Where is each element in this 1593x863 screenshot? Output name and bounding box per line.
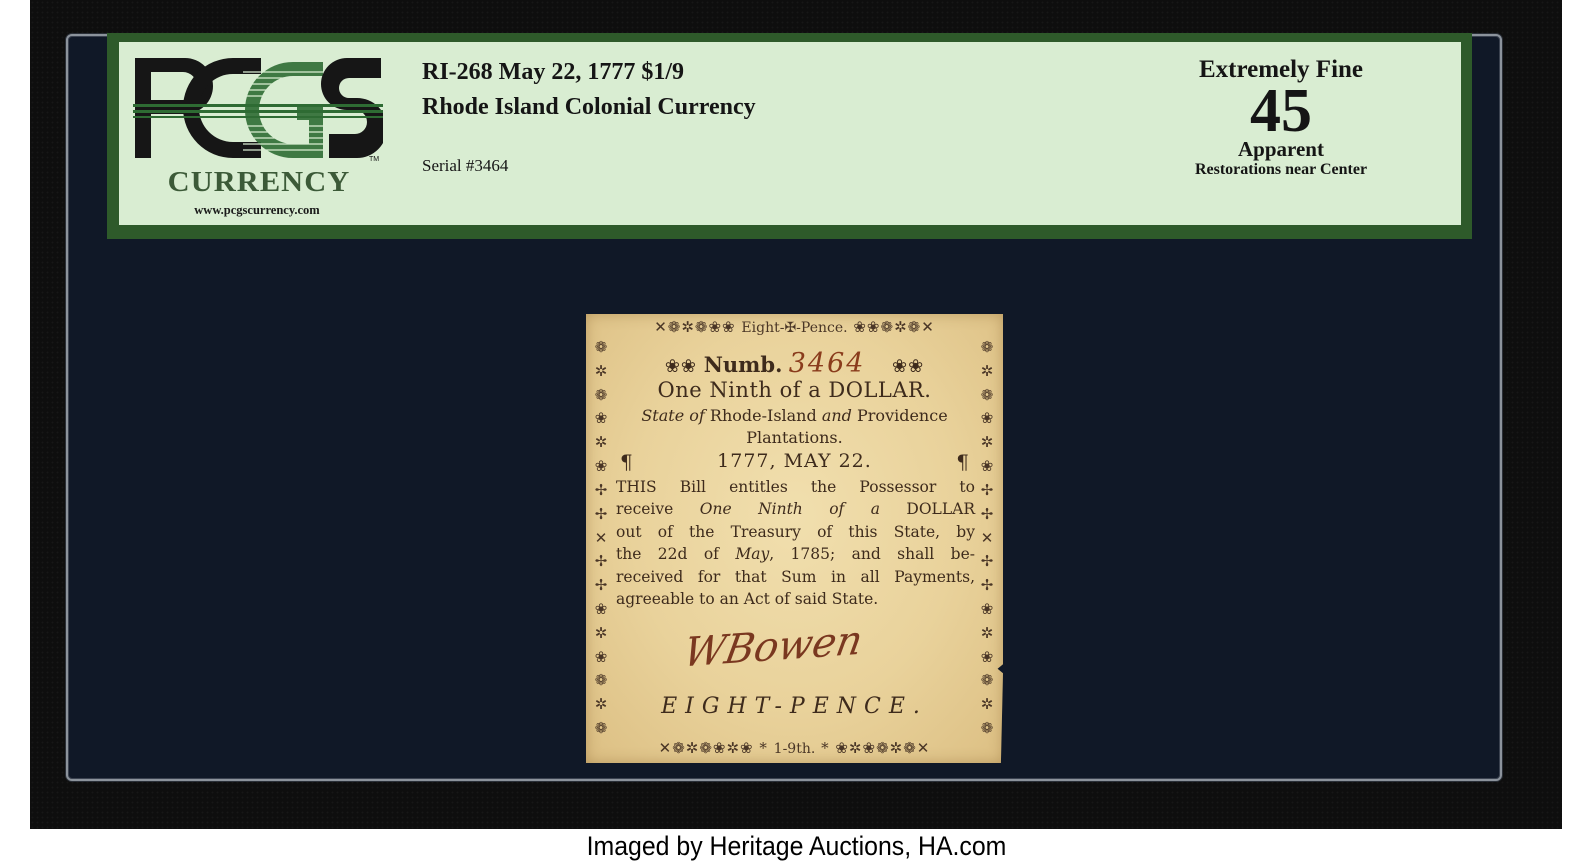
body-text: THIS Bill entitles the Possessor to bbox=[616, 478, 975, 496]
state-line-italic: State of bbox=[641, 406, 704, 425]
note-body-text: THIS Bill entitles the Possessor to rece… bbox=[616, 476, 975, 610]
body-line: out of the Treasury of this State, by bbox=[616, 521, 975, 543]
colonial-banknote: ✕❁✲❁❀❀ Eight-✠-Pence. ❀❀❁✲❁✕ ❁✲ ❁❀ ✲❀ ✢✢… bbox=[586, 314, 1003, 763]
bottom-denomination: EIGHT-PENCE. bbox=[586, 694, 1003, 719]
logo-wordmark: CURRENCY bbox=[129, 166, 389, 199]
body-line: agreeable to an Act of said State. bbox=[616, 588, 975, 610]
bottom-border-text: 1-9th. bbox=[774, 741, 816, 757]
slab-label-panel: TM CURRENCY www.pcgscurrency.com RI-268 … bbox=[119, 42, 1461, 225]
ornament-icon: ✢ bbox=[595, 505, 608, 523]
ornament-icon: ✲ bbox=[981, 433, 994, 451]
pilcrow-right: ¶ bbox=[956, 450, 969, 474]
ornament-icon: ✢ bbox=[981, 576, 994, 594]
trademark-mark: TM bbox=[369, 156, 379, 163]
ornament-icon: ✕ bbox=[981, 529, 994, 547]
ornament-icon: ✕❁✲❁❀✲❀ * bbox=[659, 739, 768, 757]
body-line: receive One Ninth of a DOLLAR bbox=[616, 498, 975, 520]
ornament-icon: ✕ bbox=[595, 529, 608, 547]
ornament-icon: ✲ bbox=[981, 624, 994, 642]
note-top-border: ✕❁✲❁❀❀ Eight-✠-Pence. ❀❀❁✲❁✕ bbox=[592, 318, 997, 338]
ornament-icon: ❁ bbox=[595, 386, 608, 404]
body-italic: One Ninth of a bbox=[700, 500, 880, 518]
grade-comment: Restorations near Center bbox=[1161, 160, 1401, 180]
issue-title: Rhode Island Colonial Currency bbox=[422, 94, 756, 121]
body-line: the 22d of May, 1785; and shall be- bbox=[616, 543, 975, 565]
plantations-line: Plantations. bbox=[614, 428, 975, 447]
ornament-icon: ❀ bbox=[595, 409, 608, 427]
rosette-icon: ❀❀ bbox=[872, 356, 924, 377]
body-text: receive bbox=[616, 500, 700, 518]
denomination-line: One Ninth of a DOLLAR. bbox=[614, 378, 975, 402]
ornament-icon: ✢ bbox=[595, 481, 608, 499]
handwritten-serial: 3464 bbox=[789, 348, 866, 379]
body-text: agreeable to an Act of said State. bbox=[616, 590, 878, 608]
body-line: received for that Sum in all Payments, bbox=[616, 566, 975, 588]
ornament-icon: ❁ bbox=[981, 671, 994, 689]
ornament-icon: ✢ bbox=[981, 505, 994, 523]
ornament-icon: ✢ bbox=[981, 552, 994, 570]
ornament-icon: ❀ bbox=[595, 648, 608, 666]
ornament-icon: ❀ bbox=[981, 457, 994, 475]
state-line-name: Rhode-Island bbox=[710, 406, 817, 425]
top-border-text: Eight-✠-Pence. bbox=[741, 320, 847, 336]
ornament-icon: ❀ bbox=[981, 600, 994, 618]
body-text: received for that Sum in all Payments, bbox=[616, 568, 975, 586]
ornament-icon: ✢ bbox=[981, 481, 994, 499]
note-number-line: ❀❀ Numb. 3464 ❀❀ bbox=[586, 348, 1003, 379]
ornament-icon: ✲ bbox=[595, 624, 608, 642]
body-text: out of the Treasury of this State, by bbox=[616, 523, 975, 541]
state-line-name: Providence bbox=[857, 406, 948, 425]
body-text: DOLLAR bbox=[880, 500, 975, 518]
image-credit: Imaged by Heritage Auctions, HA.com bbox=[64, 829, 1530, 863]
date-line: 1777, MAY 22. bbox=[614, 450, 975, 472]
serial-number: Serial #3464 bbox=[422, 156, 508, 176]
grade-number: 45 bbox=[1161, 86, 1401, 136]
ornament-icon: ❁ bbox=[981, 719, 994, 737]
ornament-icon: ✢ bbox=[595, 576, 608, 594]
note-bottom-border: ✕❁✲❁❀✲❀ * 1-9th. * ❀✲❀❁✲❁✕ bbox=[592, 739, 997, 759]
pcgs-logo-icon bbox=[133, 52, 383, 162]
catalog-title: RI-268 May 22, 1777 $1/9 bbox=[422, 59, 684, 86]
ornament-icon: ❀ bbox=[981, 648, 994, 666]
note-right-border: ❁✲ ❁❀ ✲❀ ✢✢ ✕✢ ✢❀ ✲❀ ❁✲ ❁ bbox=[977, 338, 997, 737]
body-line: THIS Bill entitles the Possessor to bbox=[616, 476, 975, 498]
rosette-icon: ❀❀ bbox=[665, 356, 704, 377]
ornament-icon: ❀ bbox=[595, 457, 608, 475]
grade-box: Extremely Fine 45 Apparent Restorations … bbox=[1161, 56, 1401, 180]
ornament-icon: ❀ bbox=[981, 409, 994, 427]
signature: WBowen bbox=[680, 617, 866, 676]
body-italic: May bbox=[735, 545, 769, 563]
ornament-icon: ✢ bbox=[595, 552, 608, 570]
ornament-icon: ❁ bbox=[595, 671, 608, 689]
state-line: State of Rhode-Island and Providence bbox=[614, 406, 975, 425]
ornament-icon: ❁ bbox=[981, 386, 994, 404]
numb-label: Numb. bbox=[704, 352, 783, 377]
ornament-icon: ❀ bbox=[595, 600, 608, 618]
note-left-border: ❁✲ ❁❀ ✲❀ ✢✢ ✕✢ ✢❀ ✲❀ ❁✲ ❁ bbox=[591, 338, 611, 737]
ornament-icon: ❀❀❁✲❁✕ bbox=[853, 318, 934, 336]
ornament-icon: ✕❁✲❁❀❀ bbox=[654, 318, 735, 336]
body-text: , 1785; and shall be- bbox=[769, 545, 975, 563]
ornament-icon: ❁ bbox=[595, 719, 608, 737]
logo-url: www.pcgscurrency.com bbox=[133, 203, 381, 218]
ornament-icon: * ❀✲❀❁✲❁✕ bbox=[821, 739, 930, 757]
ornament-icon: ✲ bbox=[595, 433, 608, 451]
pcgs-currency-logo: TM CURRENCY www.pcgscurrency.com bbox=[133, 52, 383, 222]
body-text: the 22d of bbox=[616, 545, 735, 563]
state-line-italic: and bbox=[822, 406, 852, 425]
slab-label: TM CURRENCY www.pcgscurrency.com RI-268 … bbox=[107, 33, 1472, 239]
grade-qualifier: Apparent bbox=[1161, 138, 1401, 160]
